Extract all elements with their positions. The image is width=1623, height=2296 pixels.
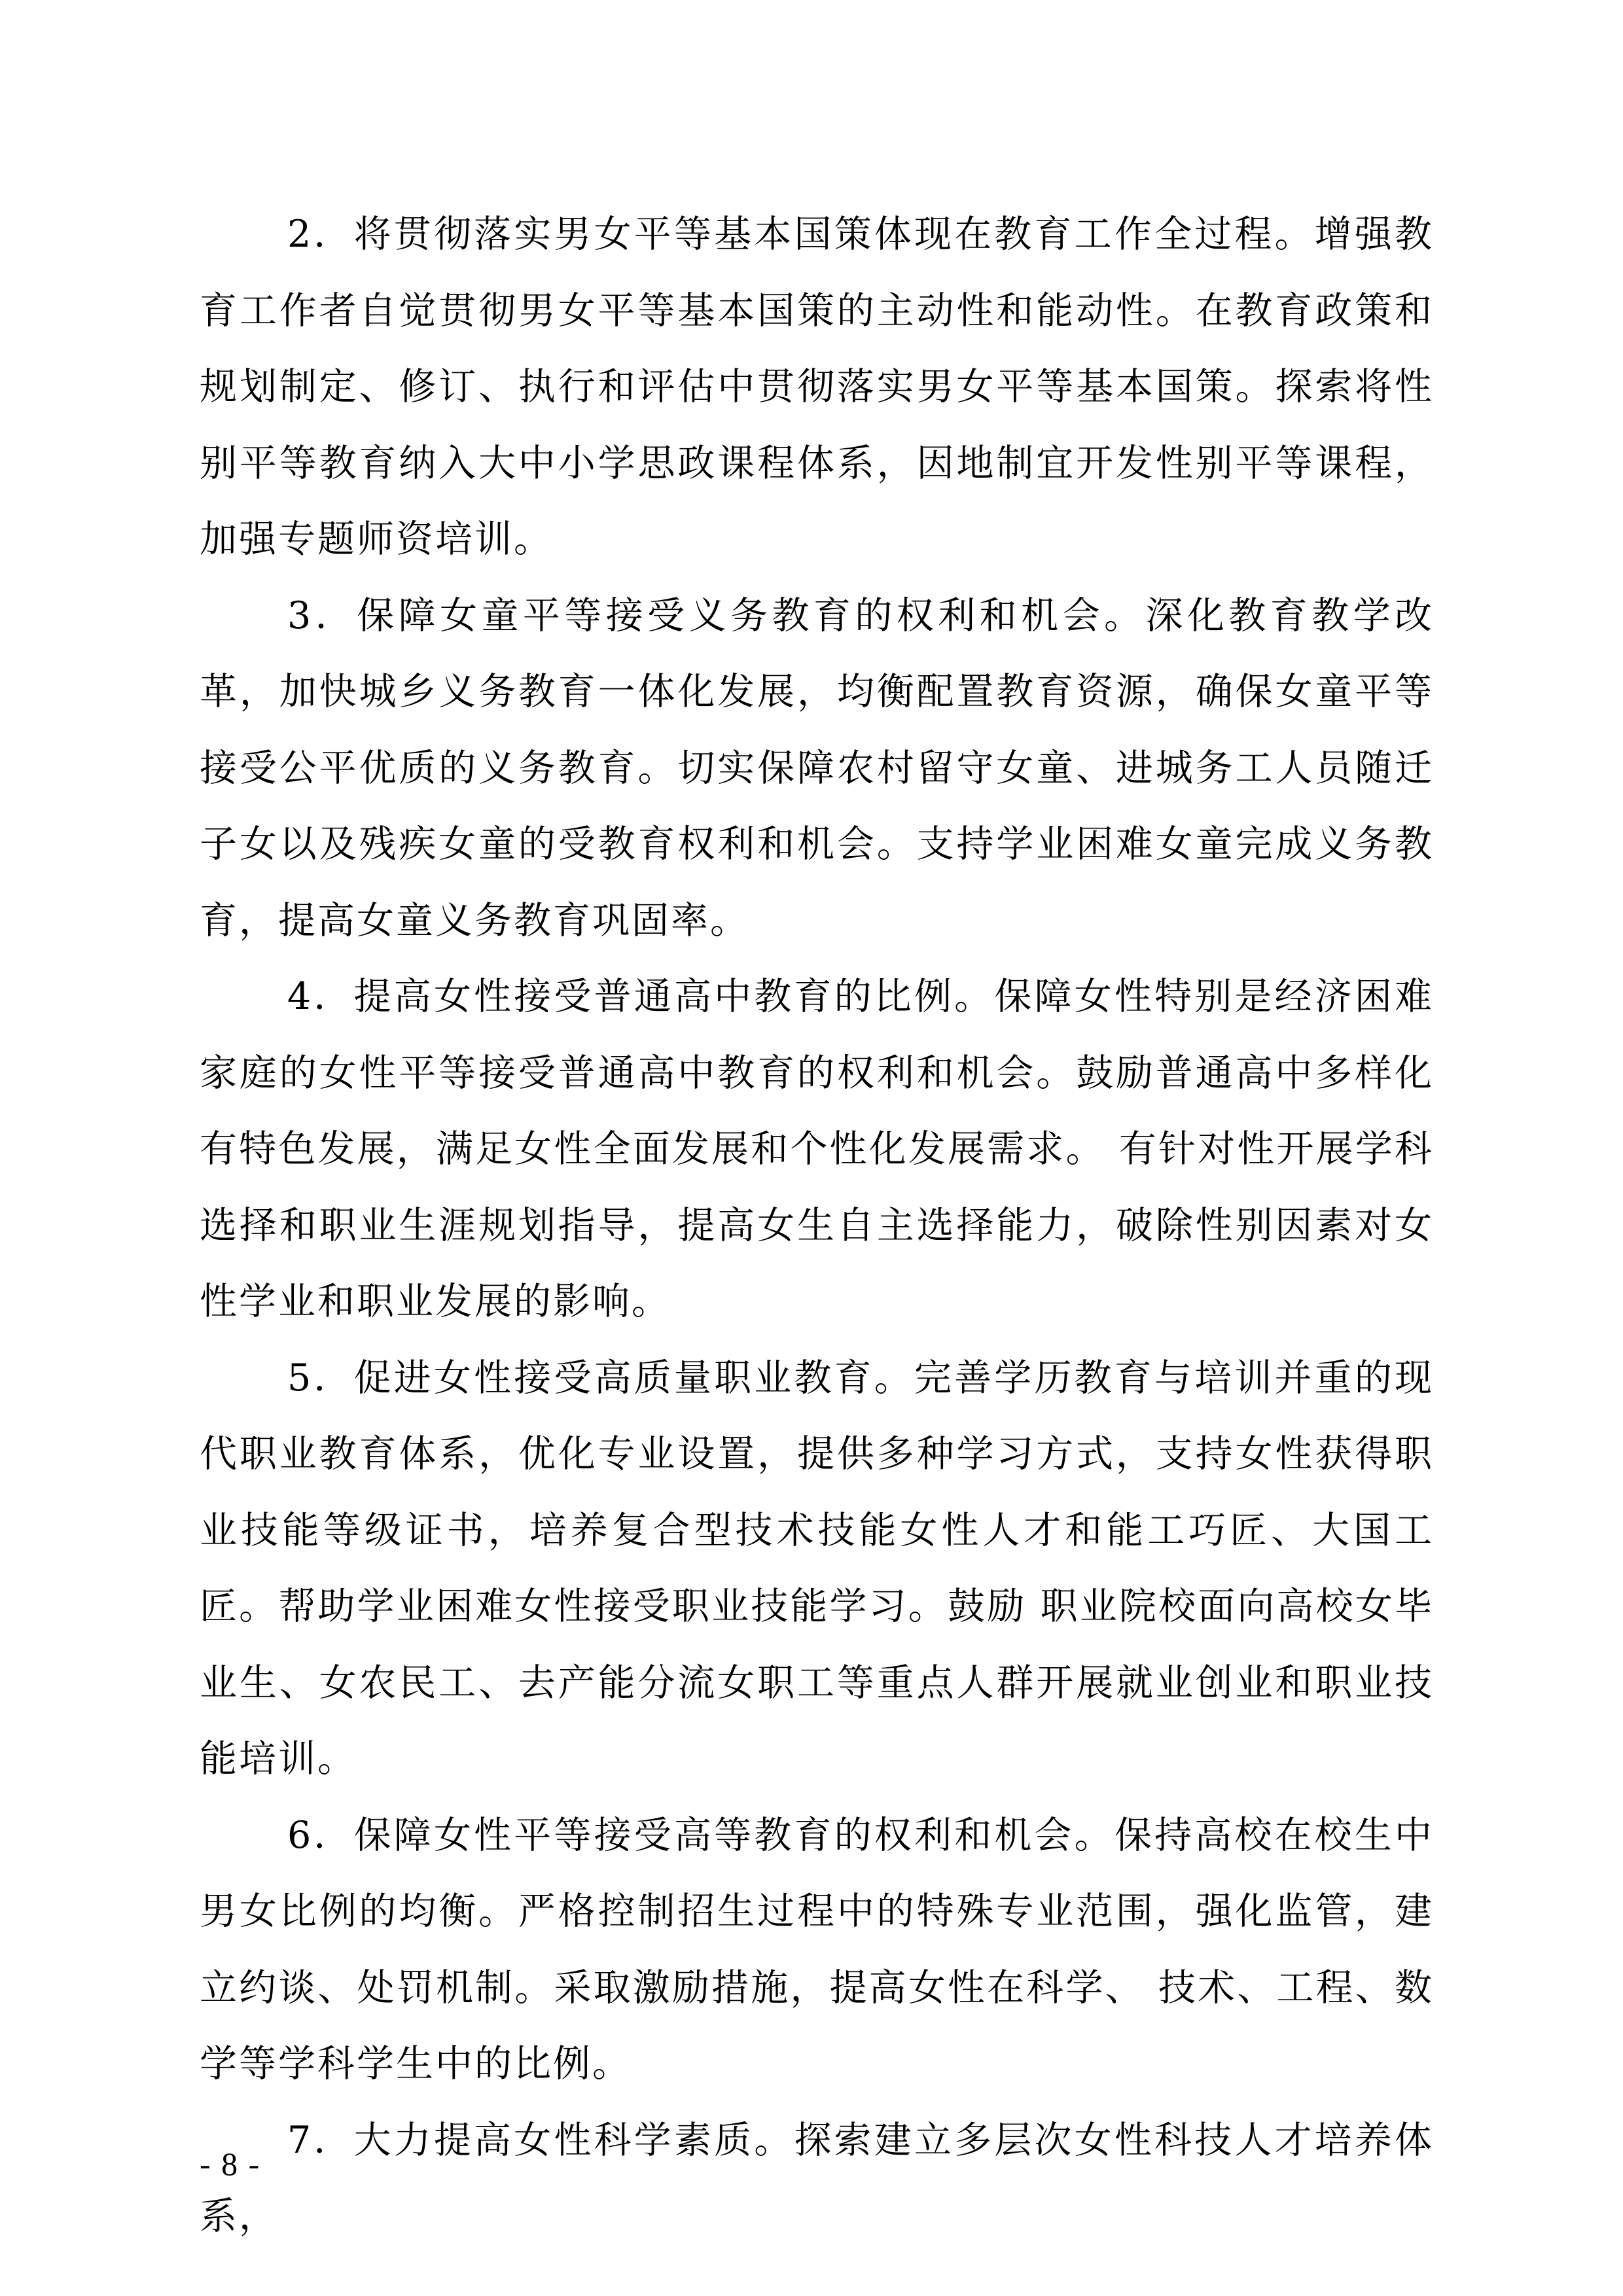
paragraph-item-4: 4．提高女性接受普通高中教育的比例。保障女性特别是经济困难家庭的女性平等接受普通…: [200, 959, 1434, 1340]
document-page: 2．将贯彻落实男女平等基本国策体现在教育工作全过程。增强教育工作者自觉贯彻男女平…: [0, 0, 1623, 2296]
paragraph-item-6: 6．保障女性平等接受高等教育的权利和机会。保持高校在校生中男女比例的均衡。严格控…: [200, 1797, 1434, 2102]
paragraph-item-7: 7．大力提高女性科学素质。探索建立多层次女性科技人才培养体系，: [200, 2102, 1434, 2255]
document-body: 2．将贯彻落实男女平等基本国策体现在教育工作全过程。增强教育工作者自觉贯彻男女平…: [200, 196, 1434, 2255]
page-number: - 8 -: [200, 2145, 260, 2183]
paragraph-item-5: 5．促进女性接受高质量职业教育。完善学历教育与培训并重的现代职业教育体系，优化专…: [200, 1340, 1434, 1797]
paragraph-item-2: 2．将贯彻落实男女平等基本国策体现在教育工作全过程。增强教育工作者自觉贯彻男女平…: [200, 196, 1434, 578]
paragraph-item-3: 3．保障女童平等接受义务教育的权利和机会。深化教育教学改革，加快城乡义务教育一体…: [200, 578, 1434, 959]
